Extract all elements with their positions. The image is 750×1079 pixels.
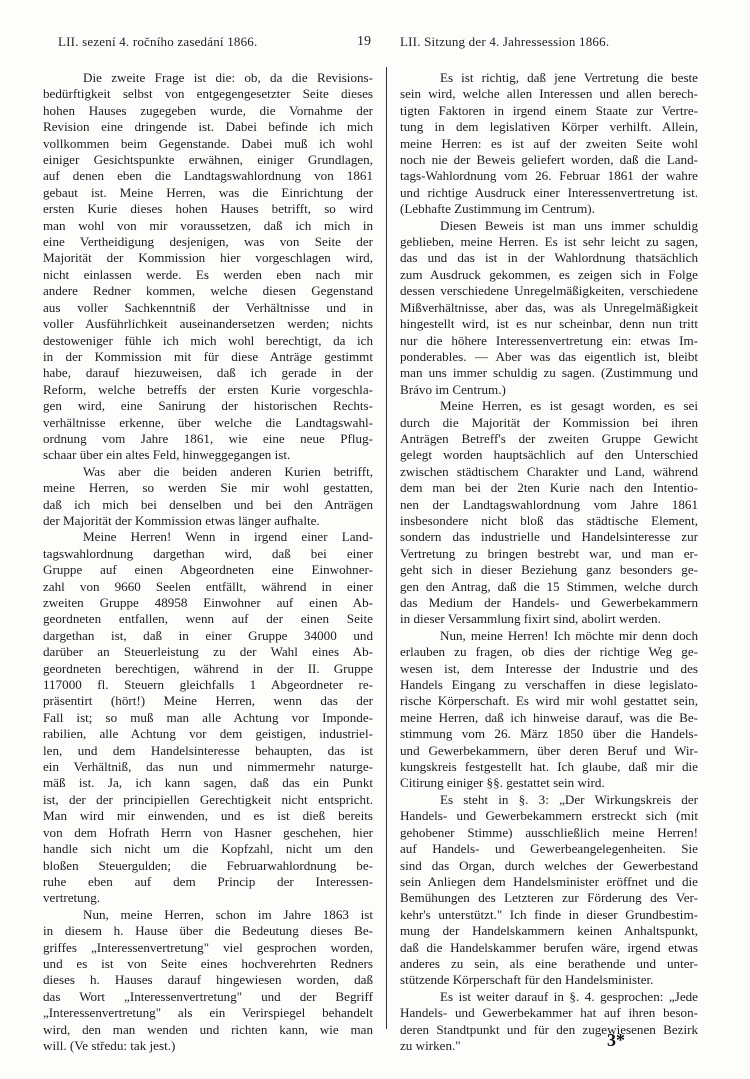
text-line: Handels- und Gewerbekammer hat auf ihren… [400, 1005, 698, 1021]
text-line: und Gewerbekammern, über deren Beruf und… [400, 743, 698, 759]
text-line: kungskreis festgestellt hat. Ich glaube,… [400, 759, 698, 775]
text-line: Mißverhältnisse, aber das, was als Unreg… [400, 300, 698, 316]
text-line: in der Kommission mit für diese Anträge … [43, 349, 373, 365]
text-line: Nun, meine Herren, schon im Jahre 1863 i… [43, 907, 373, 923]
text-line: daß ich mich bei denselben und bei den A… [43, 497, 373, 513]
text-line: zwischen städtischem Charakter und Land,… [400, 464, 698, 480]
text-line: nen der Landtagswahlordnung vom Jahre 18… [400, 497, 698, 513]
text-line: handle sich nicht um die Kopfzahl, nicht… [43, 841, 373, 857]
text-line: ordnung vom Jahre 1861, wie eine neue Pf… [43, 431, 373, 447]
text-line: Meine Herren, es ist gesagt worden, es s… [400, 398, 698, 414]
text-line: dessen verschiedene Unregelmäßigkeiten, … [400, 283, 698, 299]
text-line: geordneten entfallen, wenn auf der einen… [43, 611, 373, 627]
text-line: kehr's unterstützt." Ich finde in dieser… [400, 907, 698, 923]
text-line: gen wird, eine Sanirung der historischen… [43, 398, 373, 414]
text-line: bedürftigkeit selbst von entgegengesetzt… [43, 86, 373, 102]
text-line: rabilien, alle Achtung vor dem geistigen… [43, 726, 373, 742]
text-line: aus voller Sachkenntniß der Verhältnisse… [43, 300, 373, 316]
text-line: Es ist weiter darauf in §. 4. gesprochen… [400, 989, 698, 1005]
text-line: voller Ausführlichkeit auseinandersetzen… [43, 316, 373, 332]
text-line: Brávo im Centrum.) [400, 382, 698, 398]
text-line: mäß ist. Ja, ich kann sagen, daß das ein… [43, 775, 373, 791]
text-line: ruhe eben auf dem Princip der Interessen… [43, 874, 373, 890]
page-number: 19 [357, 34, 371, 50]
text-line: dem man bei der 2ten Kurie nach den Inte… [400, 480, 698, 496]
text-line: tigten Faktoren in irgend einem Staate z… [400, 103, 698, 119]
text-line: vollkommen beim Gegenstande. Dabei muß i… [43, 136, 373, 152]
text-line: das Medium der Handels- und Gewerbekamme… [400, 595, 698, 611]
text-line: insbesondere nicht bloß das städtische E… [400, 513, 698, 529]
text-line: der Majorität der Kommission etwas länge… [43, 513, 373, 529]
text-line: anderes zu sein, als eine berathende und… [400, 956, 698, 972]
text-line: (Lebhafte Zustimmung im Centrum). [400, 201, 698, 217]
text-line: das und das ist in der Wahlordnung thats… [400, 250, 698, 266]
text-line: sein wird, welche allen Interessen und a… [400, 86, 698, 102]
text-line: in diesem h. Hause über die Bedeutung di… [43, 923, 373, 939]
text-line: Citirung einiger §§. gestattet sein wird… [400, 775, 698, 791]
paragraph: Es ist weiter darauf in §. 4. gesprochen… [400, 989, 698, 1055]
text-line: auf Handels- und Gewerbeangelegenheiten.… [400, 841, 698, 857]
text-line: verhältnisse erkenne, über welche die La… [43, 415, 373, 431]
text-line: Meine Herren! Wenn in irgend einer Land- [43, 529, 373, 545]
paragraph: Nun, meine Herren, schon im Jahre 1863 i… [43, 907, 373, 1055]
text-line: will. (Ve středu: tak jest.) [43, 1038, 373, 1054]
text-line: Gruppe auf einen Abgeordneten eine Einwo… [43, 562, 373, 578]
text-line: darüber an Steuerleistung zu der Wahl ei… [43, 644, 373, 660]
text-line: daß die Handelskammer berufen wäre, irge… [400, 940, 698, 956]
text-line: Reform, welche betreffs der ersten Kurie… [43, 382, 373, 398]
text-line: meine Herren, so werden Sie mir wohl ges… [43, 480, 373, 496]
paragraph: Was aber die beiden anderen Kurien betri… [43, 464, 373, 530]
text-line: sondern das industrielle und Handelsinte… [400, 529, 698, 545]
running-head: LII. sezení 4. ročního zasedání 1866. 19… [58, 34, 658, 50]
text-line: in dieser Versammlung fixirt sind, aboli… [400, 611, 698, 627]
text-line: und es ist von Seite eines hochverehrten… [43, 956, 373, 972]
text-line: griffes „Interessenvertretung" viel gesp… [43, 940, 373, 956]
text-line: tagswahlordnung dargethan wird, daß bei … [43, 546, 373, 562]
text-line: hohen Hauses zugegeben wurde, die Vornah… [43, 103, 373, 119]
text-line: gebaut ist. Meine Herren, was die Einric… [43, 185, 373, 201]
text-line: präsentirt (hört!) Meine Herren, wenn da… [43, 693, 373, 709]
text-line: geblieben, meine Herren. Es ist sehr lei… [400, 234, 698, 250]
text-line: 117000 fl. Steuern gleichfalls 1 Abgeord… [43, 677, 373, 693]
text-line: Bemühungen des Letzteren zur Förderung d… [400, 890, 698, 906]
text-line: erlauben zu fragen, ob dies der richtige… [400, 644, 698, 660]
text-line: ersten Kurie dieses hohen Hauses betriff… [43, 201, 373, 217]
text-line: meine Herren: es ist auf der zweiten Sei… [400, 136, 698, 152]
text-line: Handels- und Gewerbekammern erstreckt si… [400, 808, 698, 824]
paragraph: Meine Herren, es ist gesagt worden, es s… [400, 398, 698, 628]
text-line: gen den Antrag, daß die 15 Stimmen, welc… [400, 579, 698, 595]
text-line: Fall ist; so muß man alle Achtung vor Im… [43, 710, 373, 726]
text-line: tung in dem legislativen Körper verhilft… [400, 119, 698, 135]
text-line: zu wirken." [400, 1038, 698, 1054]
text-line: Diesen Beweis ist man uns immer schuldig [400, 218, 698, 234]
text-line: ist, der der principiellen Gerechtigkeit… [43, 792, 373, 808]
text-line: ponderables. — Aber was das eigentlich i… [400, 349, 698, 365]
text-line: geht sich in dieser Beziehung ganz beson… [400, 562, 698, 578]
text-line: len, und dem Handelsinteresse behaupten,… [43, 743, 373, 759]
text-line: zum Ausdruck gekommen, es zeigen sich in… [400, 267, 698, 283]
text-line: sind das Organ, durch welches der Gewerb… [400, 858, 698, 874]
text-line: Handels Eingang zu verschaffen in diese … [400, 677, 698, 693]
text-line: nicht einlassen werde. Es werden eben na… [43, 267, 373, 283]
text-line: schaar über ein altes Feld, hinweggegang… [43, 447, 373, 463]
text-line: vertretung. [43, 890, 373, 906]
text-line: hingestellt wird, ist es nur scheinbar, … [400, 316, 698, 332]
paragraph: Meine Herren! Wenn in irgend einer Land-… [43, 529, 373, 906]
text-line: habe, darauf hiezuweisen, daß ich gerade… [43, 365, 373, 381]
text-line: geordneten berechtigen, während in der I… [43, 661, 373, 677]
text-line: Was aber die beiden anderen Kurien betri… [43, 464, 373, 480]
text-line: und richtige Ausdruck einer Interessenve… [400, 185, 698, 201]
text-line: Die zweite Frage ist die: ob, da die Rev… [43, 70, 373, 86]
text-line: Vertretung zu bringen bestrebt war, und … [400, 546, 698, 562]
text-line: nur die höhere Interessenvertretung ein:… [400, 333, 698, 349]
text-line: zahl von 9660 Seelen entfällt, während i… [43, 579, 373, 595]
left-text-column: Die zweite Frage ist die: ob, da die Rev… [43, 70, 373, 1054]
text-line: bloßen Steuergulden; die Februarwahlordn… [43, 858, 373, 874]
text-line: meine Herren, daß ich hinweise darauf, w… [400, 710, 698, 726]
text-line: deren Standtpunkt und für den zugewiesen… [400, 1022, 698, 1038]
text-line: andere Redner kommen, welche diesen Gege… [43, 283, 373, 299]
text-line: man uns immer schuldig zu sagen. (Zustim… [400, 365, 698, 381]
text-line: zweiten Gruppe 48958 Einwohner auf einen… [43, 595, 373, 611]
text-line: stimmung vom 26. März 1850 über die Hand… [400, 726, 698, 742]
text-line: sein Anliegen dem Handelsminister eröffn… [400, 874, 698, 890]
text-line: von dem Hofrath Herrn von Hasner gescheh… [43, 825, 373, 841]
text-line: „Interessenvertretung" als ein Verirspie… [43, 1005, 373, 1021]
text-line: einiger Gesichtspunkte erwähnen, einiger… [43, 152, 373, 168]
text-line: auf denen eben die Landtagswahlordnung v… [43, 168, 373, 184]
text-line: Nun, meine Herren! Ich möchte mir denn d… [400, 628, 698, 644]
paragraph: Nun, meine Herren! Ich möchte mir denn d… [400, 628, 698, 792]
text-line: Man wird mir einwenden, und es ist dieß … [43, 808, 373, 824]
text-line: ein Verhältniß, das nun und nimmermehr n… [43, 759, 373, 775]
paragraph: Es steht in §. 3: „Der Wirkungskreis der… [400, 792, 698, 989]
paragraph: Die zweite Frage ist die: ob, da die Rev… [43, 70, 373, 464]
header-german-title: LII. Sitzung der 4. Jahressession 1866. [400, 34, 609, 50]
text-line: dargethan ist, daß in einer Gruppe 34000… [43, 628, 373, 644]
text-line: destoweniger fühle ich mich wohl berecht… [43, 333, 373, 349]
text-line: rische Körperschaft. Es wird mir wohl ge… [400, 693, 698, 709]
text-line: Majorität der Kommission hier vorgeschla… [43, 250, 373, 266]
text-line: das Wort „Interessenvertretung" und der … [43, 989, 373, 1005]
paragraph: Es ist richtig, daß jene Vertretung die … [400, 70, 698, 218]
document-page: LII. sezení 4. ročního zasedání 1866. 19… [0, 0, 750, 1079]
text-line: Revision eine dringende ist. Dabei befin… [43, 119, 373, 135]
text-line: noch nie der Beweis geliefert worden, da… [400, 152, 698, 168]
signature-mark: 3* [607, 1030, 625, 1051]
text-line: stützende Körperschaft für den Handelsmi… [400, 972, 698, 988]
text-line: wird, den man wenden und richten kann, w… [43, 1022, 373, 1038]
text-line: gelegt worden hauptsächlich auf den Unte… [400, 447, 698, 463]
text-line: dieses h. Hauses darauf hingewiesen word… [43, 972, 373, 988]
text-line: tags-Wahlordnung vom 26. Februar 1861 de… [400, 168, 698, 184]
header-czech-title: LII. sezení 4. ročního zasedání 1866. [58, 34, 257, 50]
right-text-column: Es ist richtig, daß jene Vertretung die … [400, 70, 698, 1054]
text-line: durch die Majorität der Kommission bei i… [400, 415, 698, 431]
text-line: man wohl von mir voraussetzen, daß ich m… [43, 218, 373, 234]
text-line: eine Vertheidigung desjenigen, was von S… [43, 234, 373, 250]
text-line: Es steht in §. 3: „Der Wirkungskreis der [400, 792, 698, 808]
text-line: Es ist richtig, daß jene Vertretung die … [400, 70, 698, 86]
column-divider [386, 67, 387, 1029]
text-line: gehobener Stimme) ausschließlich meine H… [400, 825, 698, 841]
text-line: wesen ist, dem Interesse der Industrie u… [400, 661, 698, 677]
text-line: Anträgen Betreff's der zweiten Gruppe Ge… [400, 431, 698, 447]
paragraph: Diesen Beweis ist man uns immer schuldig… [400, 218, 698, 398]
text-line: mung der Handelskammern keinen Anhaltspu… [400, 923, 698, 939]
